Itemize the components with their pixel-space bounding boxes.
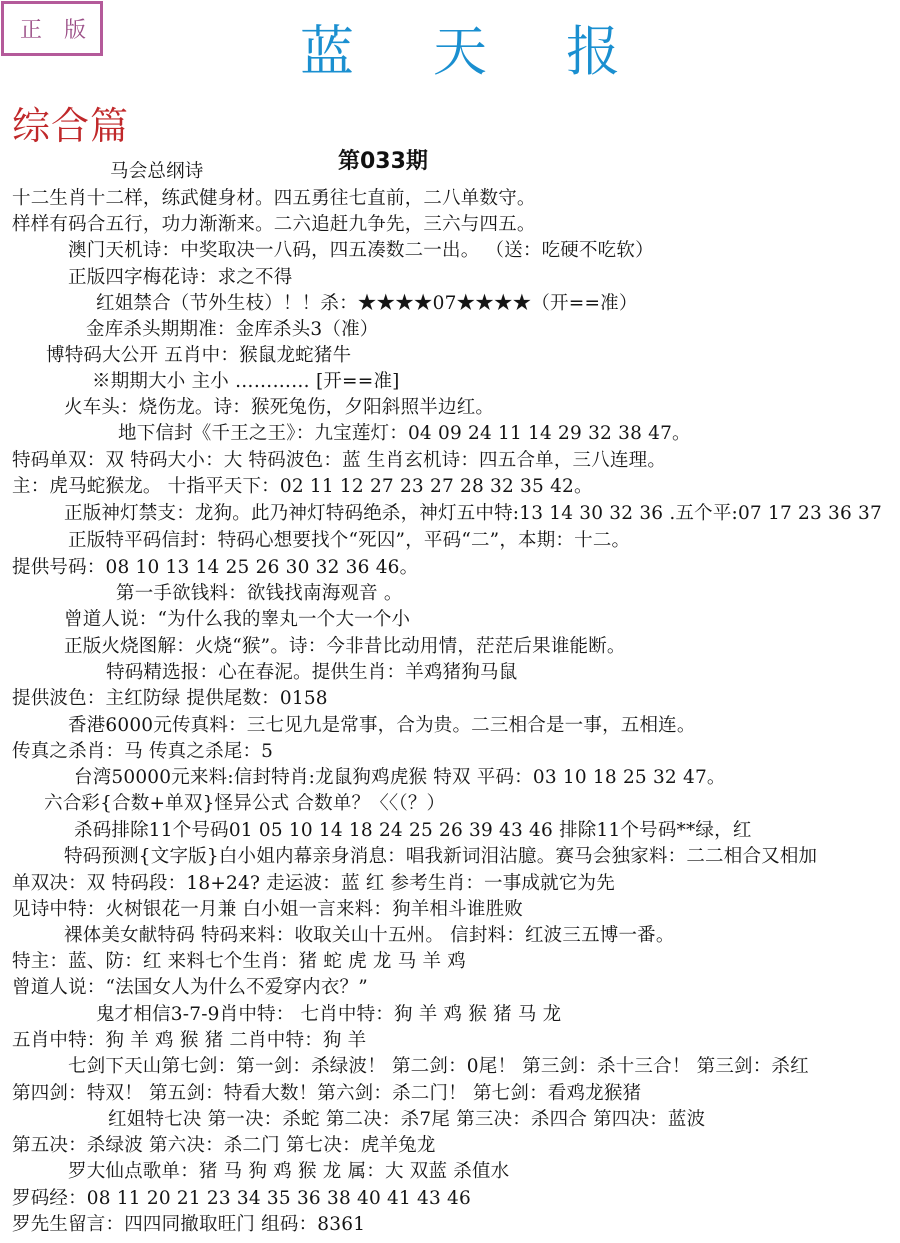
masthead-char: 报 [566, 9, 620, 86]
text-line: ※期期大小 主小 ………… [开==准] [92, 370, 400, 394]
text-line: 正版四字梅花诗：求之不得 [68, 266, 292, 290]
text-line: 澳门天机诗：中奖取决一八码，四五凑数二一出。 （送：吃硬不吃软） [68, 239, 654, 263]
text-line: 杀码排除11个号码01 05 10 14 18 24 25 26 39 43 4… [74, 819, 752, 843]
text-line: 七剑下天山第七剑：第一剑：杀绿波！ 第二剑：0尾！ 第三剑：杀十三合！ 第三剑：… [68, 1055, 809, 1079]
text-line: 正版特平码信封：特码心想要找个“死囚”，平码“二”，本期：十二。 [68, 529, 630, 553]
text-line: 火车头：烧伤龙。诗：猴死兔伤，夕阳斜照半边红。 [64, 396, 494, 420]
text-line: 第四剑：特双！ 第五剑：特看大数！第六剑：杀二门！ 第七剑：看鸡龙猴猪 [12, 1082, 641, 1106]
text-line: 地下信封《千王之王》：九宝莲灯：04 09 24 11 14 29 32 38 … [118, 422, 691, 446]
text-line: 特主：蓝、防：红 来料七个生肖：猪 蛇 虎 龙 马 羊 鸡 [12, 950, 466, 974]
text-line: 五肖中特：狗 羊 鸡 猴 猪 二肖中特：狗 羊 [12, 1029, 366, 1053]
text-line: 罗码经：08 11 20 21 23 34 35 36 38 40 41 43 … [12, 1187, 471, 1211]
text-line: 传真之杀肖：马 传真之杀尾：5 [12, 740, 273, 764]
text-line: 台湾50000元来料:信封特肖:龙鼠狗鸡虎猴 特双 平码：03 10 18 25… [74, 766, 726, 790]
text-line: 马会总纲诗 [110, 160, 204, 184]
text-line: 主：虎马蛇猴龙。 十指平天下：02 11 12 27 23 27 28 32 3… [12, 475, 593, 499]
text-line: 十二生肖十二样，练武健身材。四五勇往七直前，二八单数守。 [12, 187, 536, 211]
text-line: 红姐特七决 第一决：杀蛇 第二决：杀7尾 第三决：杀四合 第四决：蓝波 [108, 1108, 705, 1132]
text-line: 曾道人说：“为什么我的睾丸一个大一个小 [64, 608, 410, 632]
issue-number: 第033期 [338, 144, 428, 175]
text-line: 金库杀头期期准：金库杀头3（准） [86, 318, 378, 342]
section-title: 综合篇 [12, 95, 129, 150]
text-line: 红姐禁合（节外生枝）！！杀：★★★★07★★★★（开==准） [96, 292, 638, 316]
text-line: 特码单双：双 特码大小：大 特码波色：蓝 生肖玄机诗：四五合单，三八连理。 [12, 449, 666, 473]
masthead-char: 蓝 [300, 9, 354, 86]
authentic-badge: 正 版 [1, 1, 103, 56]
text-line: 特码预测{文字版}白小姐内幕亲身消息：唱我新词泪沾臆。赛马会独家料：二二相合又相… [64, 845, 817, 869]
text-line: 特码精选报：心在春泥。提供生肖：羊鸡猪狗马鼠 [106, 661, 517, 685]
masthead-title: 蓝 天 报 [300, 12, 620, 82]
badge-char-right: 版 [64, 13, 86, 44]
text-line: 提供号码：08 10 13 14 25 26 30 32 36 46。 [12, 556, 418, 580]
text-line: 博特码大公开 五肖中：猴鼠龙蛇猪牛 [46, 344, 351, 368]
text-line: 曾道人说：“法国女人为什么不爱穿内衣？” [12, 976, 368, 1000]
text-line: 正版火烧图解：火烧“猴”。诗：今非昔比动用情，茫茫后果谁能断。 [64, 635, 626, 659]
text-line: 样样有码合五行，功力渐渐来。二六追赶九争先，三六与四五。 [12, 213, 536, 237]
text-line: 提供波色：主红防绿 提供尾数：0158 [12, 687, 328, 711]
masthead-char: 天 [433, 9, 487, 86]
text-line: 见诗中特：火树银花一月兼 白小姐一言来料：狗羊相斗谁胜败 [12, 898, 523, 922]
badge-char-left: 正 [20, 13, 42, 44]
text-line: 单双决：双 特码段：18+24? 走运波：蓝 红 参考生肖：一事成就它为先 [12, 872, 615, 896]
text-line: 第五决：杀绿波 第六决：杀二门 第七决：虎羊兔龙 [12, 1134, 436, 1158]
text-line: 正版神灯禁支：龙狗。此乃神灯特码绝杀，神灯五中特:13 14 30 32 36 … [64, 502, 882, 526]
text-line: 六合彩{合数+单双}怪异公式 合数单？〈〈（？） [44, 792, 445, 816]
text-line: 鬼才相信3-7-9肖中特： 七肖中特：狗 羊 鸡 猴 猪 马 龙 [96, 1003, 561, 1027]
text-line: 裸体美女献特码 特码来料：收取关山十五州。 信封料：红波三五博一番。 [64, 924, 675, 948]
text-line: 第一手欲钱料：欲钱找南海观音 。 [116, 582, 403, 606]
text-line: 香港6000元传真料：三七见九是常事，合为贵。二三相合是一事，五相连。 [68, 714, 696, 738]
text-line: 罗大仙点歌单：猪 马 狗 鸡 猴 龙 属：大 双蓝 杀值水 [68, 1160, 509, 1184]
text-line: 罗先生留言：四四同撤取旺门 组码：8361 [12, 1213, 365, 1237]
